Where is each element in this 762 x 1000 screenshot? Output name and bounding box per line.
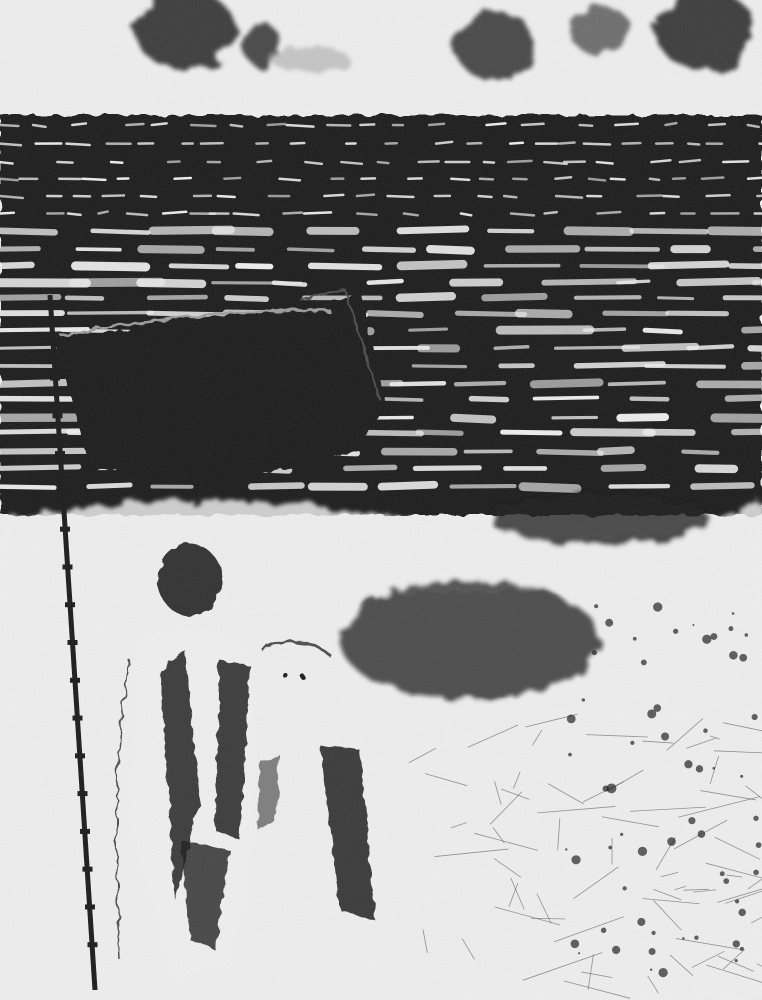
paper-grain <box>0 0 762 1000</box>
etching-artwork <box>0 0 762 1000</box>
